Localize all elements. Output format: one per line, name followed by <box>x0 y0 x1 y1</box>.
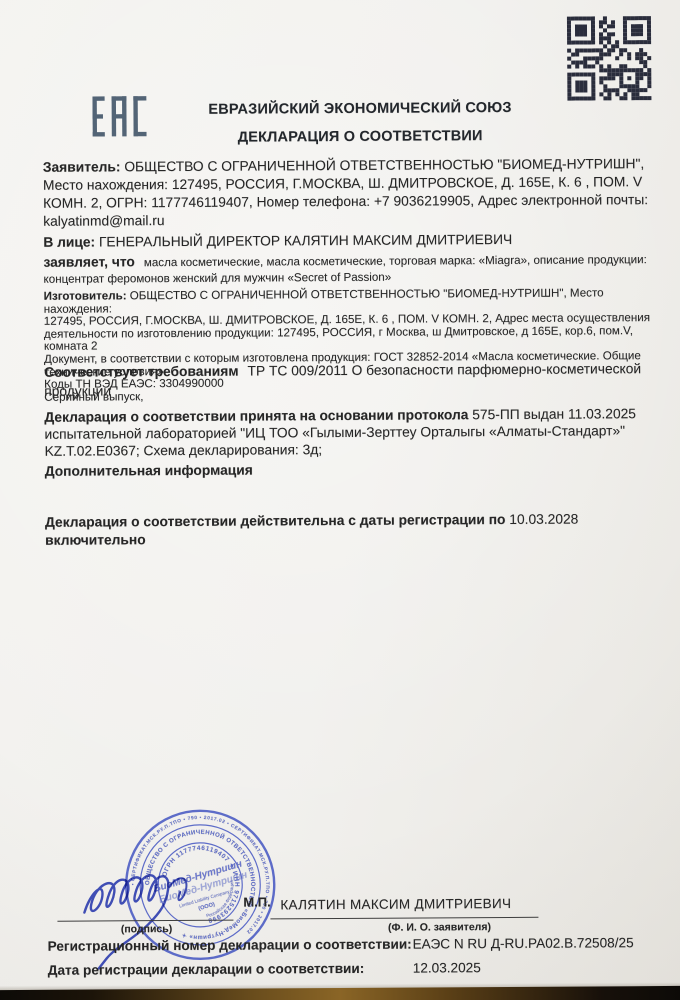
declares-label: заявляет, что <box>43 254 134 270</box>
in-person-label: В лице: <box>43 234 95 249</box>
declaration-document: ЕВРАЗИЙСКИЙ ЭКОНОМИЧЕСКИЙ СОЮЗ ДЕКЛАРАЦИ… <box>0 0 680 1000</box>
stamp-place-abbr: М.П. <box>243 894 270 909</box>
complies-label: Соответствует требованиям <box>44 364 239 380</box>
signature-caption: (подпись) <box>90 923 202 936</box>
manufacturer-paragraph: Изготовитель: ОБЩЕСТВО С ОГРАНИЧЕННОЙ ОТ… <box>44 287 656 354</box>
manufacturer-label: Изготовитель: <box>44 289 127 303</box>
document-photo: ЕВРАЗИЙСКИЙ ЭКОНОМИЧЕСКИЙ СОЮЗ ДЕКЛАРАЦИ… <box>0 0 680 1000</box>
applicant-name-caption: (Ф. И. О. заявителя) <box>302 921 576 935</box>
applicant-paragraph: Заявитель: ОБЩЕСТВО С ОГРАНИЧЕННОЙ ОТВЕТ… <box>43 155 655 231</box>
applicant-name-line <box>270 917 538 920</box>
applicant-label: Заявитель: <box>43 159 121 174</box>
in-person-paragraph: В лице: ГЕНЕРАЛЬНЫЙ ДИРЕКТОР КАЛЯТИН МАК… <box>43 230 655 252</box>
basis-label: Декларация о соответствии принята на осн… <box>44 407 468 425</box>
basis-paragraph: Декларация о соответствии принята на осн… <box>44 406 656 460</box>
applicant-name: КАЛЯТИН МАКСИМ ДМИТРИЕВИЧ <box>280 896 511 912</box>
reg-date-label: Дата регистрации декларации о соответств… <box>48 961 365 978</box>
document-title: ДЕКЛАРАЦИЯ О СООТВЕТСТВИИ <box>43 127 678 147</box>
union-title: ЕВРАЗИЙСКИЙ ЭКОНОМИЧЕСКИЙ СОЮЗ <box>42 99 677 119</box>
complies-paragraph: Соответствует требованиямТР ТС 009/2011 … <box>44 360 656 401</box>
reg-number-value: ЕАЭС N RU Д-RU.РА02.В.72508/25 <box>413 935 634 951</box>
additional-info-label: Дополнительная информация <box>45 460 657 479</box>
validity-paragraph: Декларация о соответствии действительна … <box>45 510 657 550</box>
qr-code <box>563 12 656 105</box>
validity-label: Декларация о соответствии действительна … <box>45 512 506 530</box>
reg-date-value: 12.03.2025 <box>413 960 481 975</box>
reg-number-label: Регистрационный номер декларации о соотв… <box>48 937 412 954</box>
declares-paragraph: заявляет, чтомасла косметические, масла … <box>43 252 655 287</box>
